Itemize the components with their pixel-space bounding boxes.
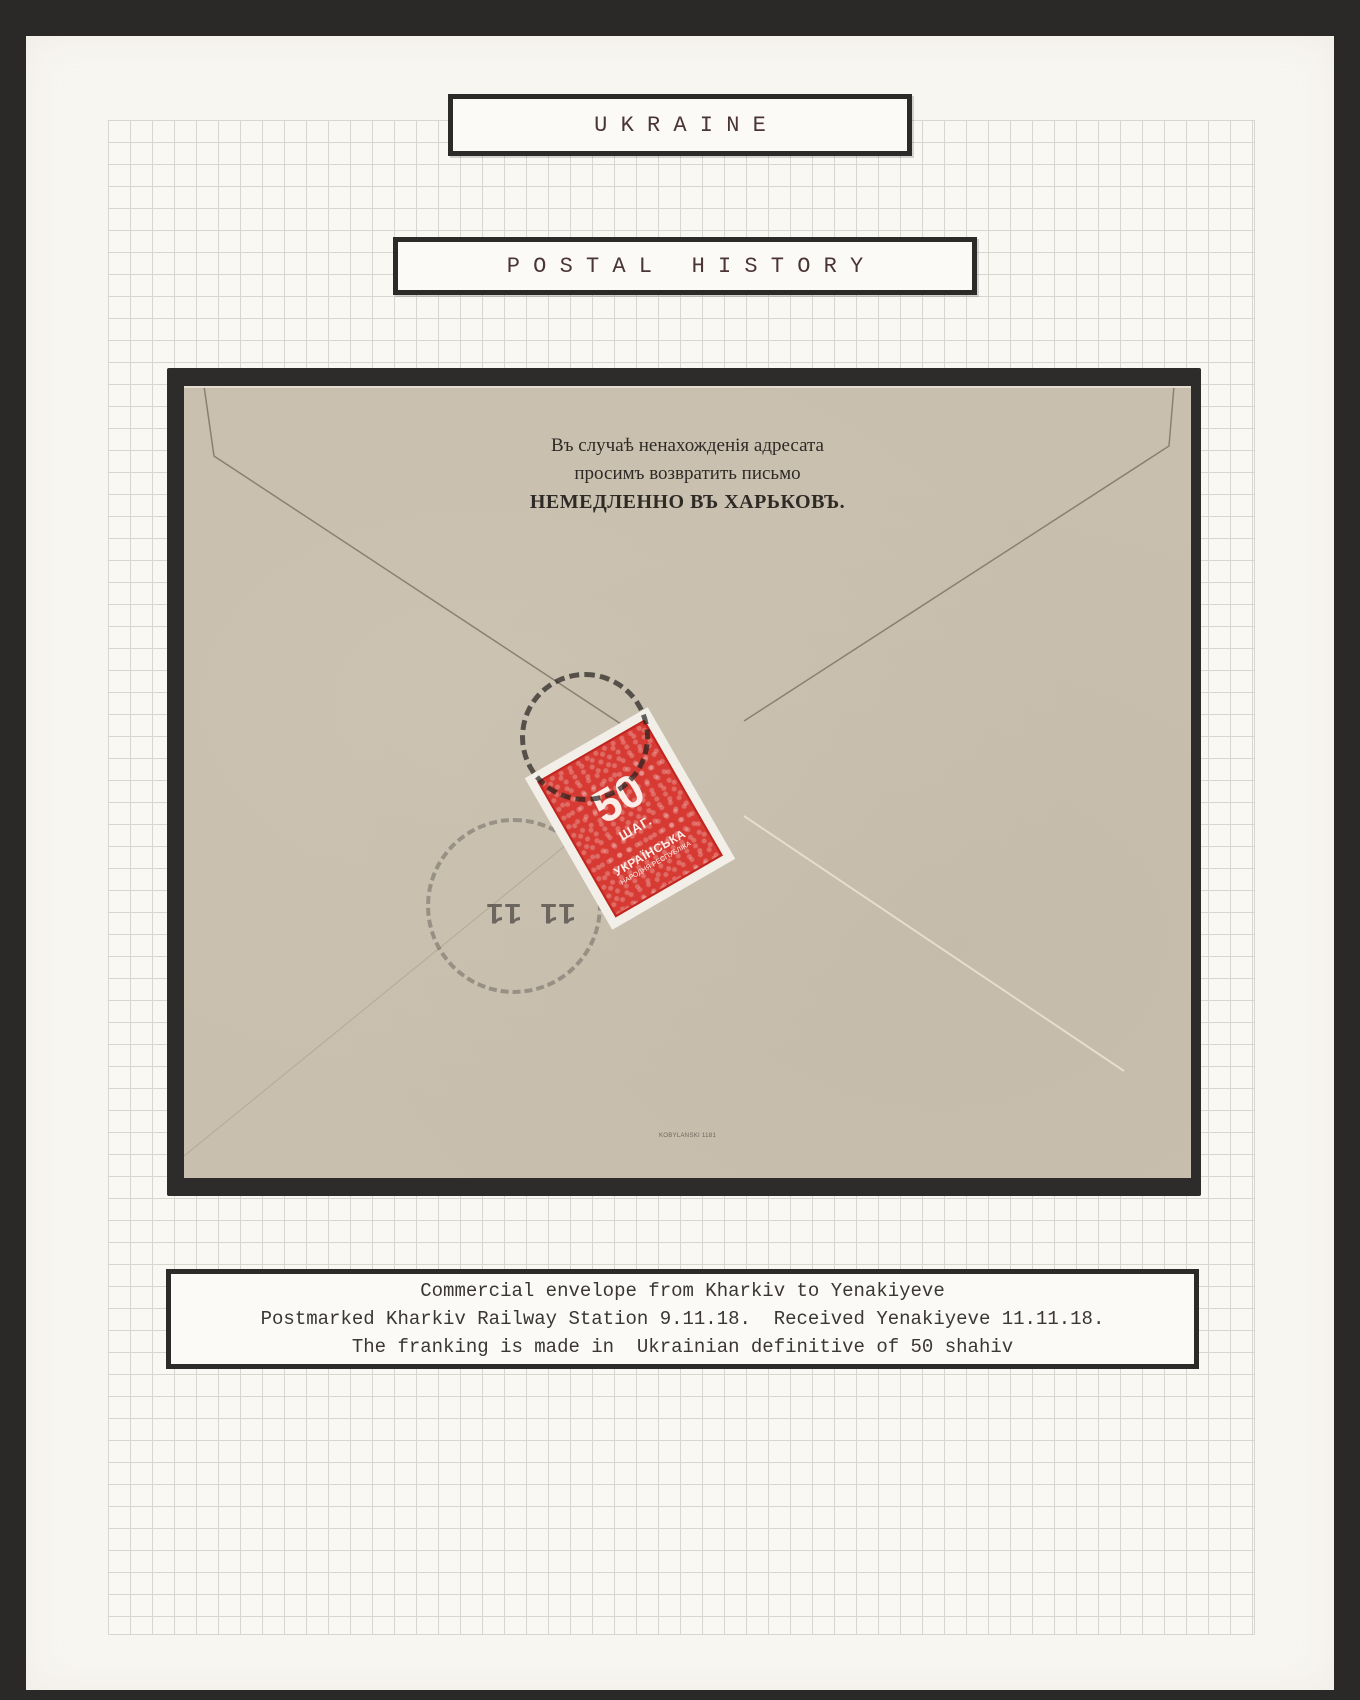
- page-title: U K R A I N E: [448, 94, 912, 156]
- return-line-1: Въ случаѣ ненахожденія адресата: [184, 432, 1191, 460]
- caption-box: Commercial envelope from Kharkiv to Yena…: [166, 1269, 1199, 1369]
- printer-mark: KOBYLANSKI 1181: [659, 1133, 716, 1139]
- envelope-back: Въ случаѣ ненахожденія адресата просимъ …: [184, 386, 1191, 1178]
- return-line-2: просимъ возвратить письмо: [184, 460, 1191, 488]
- page-subtitle: P O S T A L H I S T O R Y: [393, 237, 977, 295]
- return-instructions: Въ случаѣ ненахожденія адресата просимъ …: [184, 432, 1191, 516]
- page-title-text: U K R A I N E: [594, 113, 766, 138]
- page-subtitle-text: P O S T A L H I S T O R Y: [507, 254, 863, 279]
- caption-line-3: The franking is made in Ukrainian defini…: [352, 1333, 1013, 1361]
- arrival-postmark-date: 11 11: [486, 894, 576, 928]
- caption-line-2: Postmarked Kharkiv Railway Station 9.11.…: [261, 1305, 1105, 1333]
- caption-line-1: Commercial envelope from Kharkiv to Yena…: [420, 1277, 945, 1305]
- return-line-3: НЕМЕДЛЕННО ВЪ ХАРЬКОВЪ.: [184, 488, 1191, 516]
- departure-postmark: [520, 672, 650, 802]
